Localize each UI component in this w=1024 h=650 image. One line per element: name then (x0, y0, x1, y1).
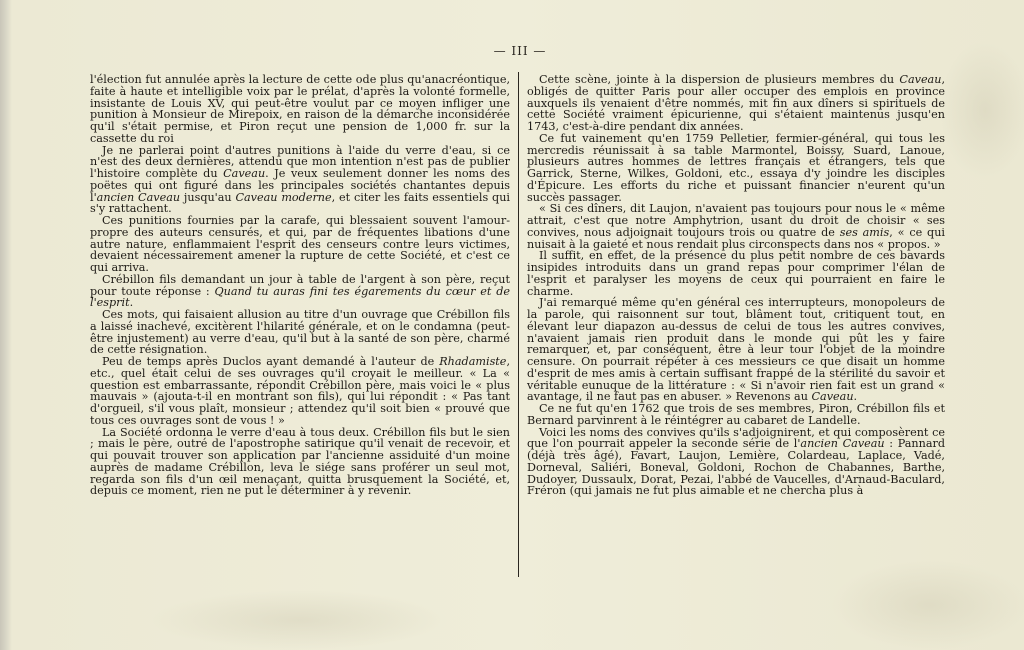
paper-stain (150, 590, 450, 650)
paragraph: Cette scène, jointe à la dispersion de p… (527, 74, 945, 133)
text-segment: Ces punitions fournies par la carafe, qu… (90, 214, 510, 274)
page-number: — III — (470, 44, 570, 58)
text-segment: Il suffit, en effet, de la présence du p… (527, 249, 945, 297)
text-segment: Ces mots, qui faisaient allusion au titr… (90, 308, 510, 356)
paragraph: Voici les noms des convives qu'ils s'adj… (527, 427, 945, 498)
text-segment: l'élection fut annulée après la lecture … (90, 73, 510, 145)
paragraph: Ces punitions fournies par la carafe, qu… (90, 215, 510, 274)
paragraph: Ce fut vainement qu'en 1759 Pelletier, f… (527, 133, 945, 204)
text-segment: jusqu'au (180, 191, 235, 204)
text-segment: Ce fut vainement qu'en 1759 Pelletier, f… (527, 132, 945, 204)
right-column: Cette scène, jointe à la dispersion de p… (527, 74, 945, 497)
text-segment: La Société ordonna le verre d'eau à tous… (90, 426, 510, 498)
paragraph: Il suffit, en effet, de la présence du p… (527, 250, 945, 297)
left-column: l'élection fut annulée après la lecture … (90, 74, 510, 497)
paragraph: J'ai remarqué même qu'en général ces int… (527, 297, 945, 403)
paragraph: l'élection fut annulée après la lecture … (90, 74, 510, 145)
column-divider (518, 72, 519, 577)
paragraph: Peu de temps après Duclos ayant demandé … (90, 356, 510, 427)
text-segment: J'ai remarqué même qu'en général ces int… (527, 296, 945, 403)
paper-stain (830, 560, 1024, 650)
paragraph: Ce ne fut qu'en 1762 que trois de ses me… (527, 403, 945, 427)
paragraph: La Société ordonna le verre d'eau à tous… (90, 427, 510, 498)
paper-stain (940, 40, 1024, 180)
paragraph: Crébillon fils demandant un jour à table… (90, 274, 510, 309)
paragraph: « Si ces dîners, dit Laujon, n'avaient p… (527, 203, 945, 250)
paragraph: Je ne parlerai point d'autres punitions … (90, 145, 510, 216)
text-segment: Ce ne fut qu'en 1762 que trois de ses me… (527, 402, 945, 427)
italic-text: Caveau moderne (235, 191, 331, 204)
paragraph: Ces mots, qui faisaient allusion au titr… (90, 309, 510, 356)
document-page: — III — l'élection fut annulée après la … (0, 0, 1024, 650)
